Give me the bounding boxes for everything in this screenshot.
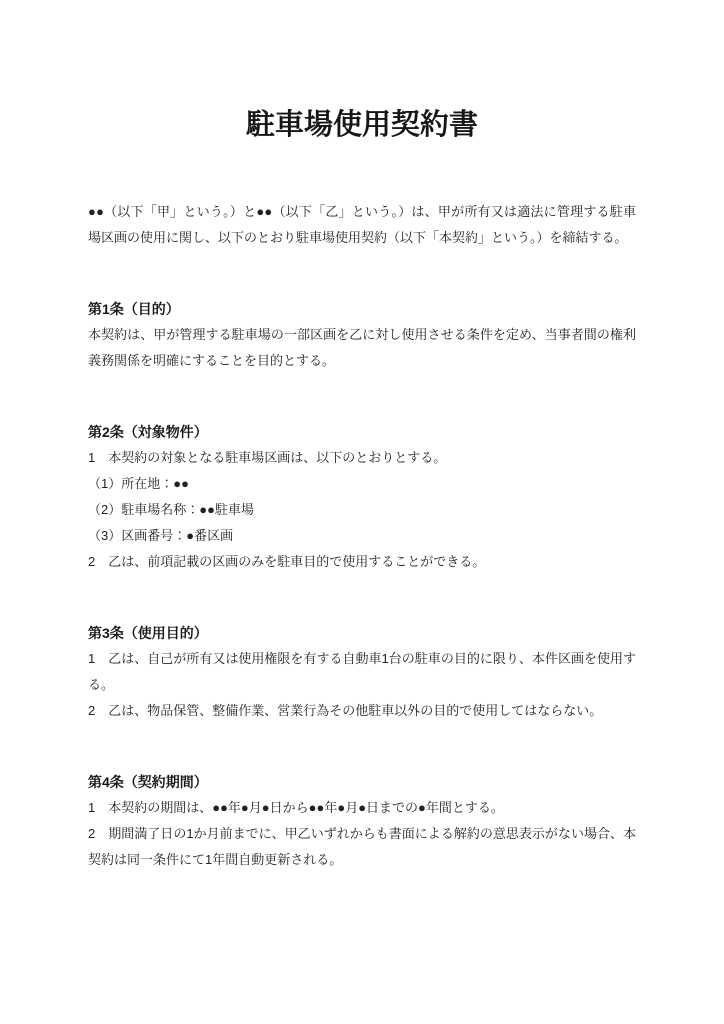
article-heading: 第4条（契約期間） [88, 769, 636, 795]
article-heading: 第3条（使用目的） [88, 620, 636, 646]
intro-paragraph: ●●（以下「甲」という。）と●●（以下「乙」という。）は、甲が所有又は適法に管理… [88, 199, 636, 251]
article-3-use-purpose: 第3条（使用目的） 1 乙は、自己が所有又は使用権限を有する自動車1台の駐車の目… [88, 620, 636, 724]
article-paragraph: 2 乙は、前項記載の区画のみを駐車目的で使用することができる。 [88, 549, 636, 575]
article-paragraph: 本契約は、甲が管理する駐車場の一部区画を乙に対し使用させる条件を定め、当事者間の… [88, 322, 636, 374]
article-list-item: （2）駐車場名称：●●駐車場 [88, 497, 636, 523]
article-list-item: （3）区画番号：●番区画 [88, 523, 636, 549]
article-paragraph: 2 乙は、物品保管、整備作業、営業行為その他駐車以外の目的で使用してはならない。 [88, 698, 636, 724]
article-paragraph: 1 本契約の対象となる駐車場区画は、以下のとおりとする。 [88, 445, 636, 471]
article-list-item: （1）所在地：●● [88, 471, 636, 497]
article-2-subject-property: 第2条（対象物件） 1 本契約の対象となる駐車場区画は、以下のとおりとする。 （… [88, 419, 636, 575]
article-1-purpose: 第1条（目的） 本契約は、甲が管理する駐車場の一部区画を乙に対し使用させる条件を… [88, 296, 636, 374]
article-heading: 第1条（目的） [88, 296, 636, 322]
article-paragraph: 2 期間満了日の1か月前までに、甲乙いずれからも書面による解約の意思表示がない場… [88, 821, 636, 873]
document-page: 駐車場使用契約書 ●●（以下「甲」という。）と●●（以下「乙」という。）は、甲が… [0, 0, 724, 1024]
article-4-contract-period: 第4条（契約期間） 1 本契約の期間は、●●年●月●日から●●年●月●日までの●… [88, 769, 636, 873]
contract-title: 駐車場使用契約書 [88, 0, 636, 146]
article-paragraph: 1 本契約の期間は、●●年●月●日から●●年●月●日までの●年間とする。 [88, 795, 636, 821]
article-heading: 第2条（対象物件） [88, 419, 636, 445]
article-paragraph: 1 乙は、自己が所有又は使用権限を有する自動車1台の駐車の目的に限り、本件区画を… [88, 646, 636, 698]
